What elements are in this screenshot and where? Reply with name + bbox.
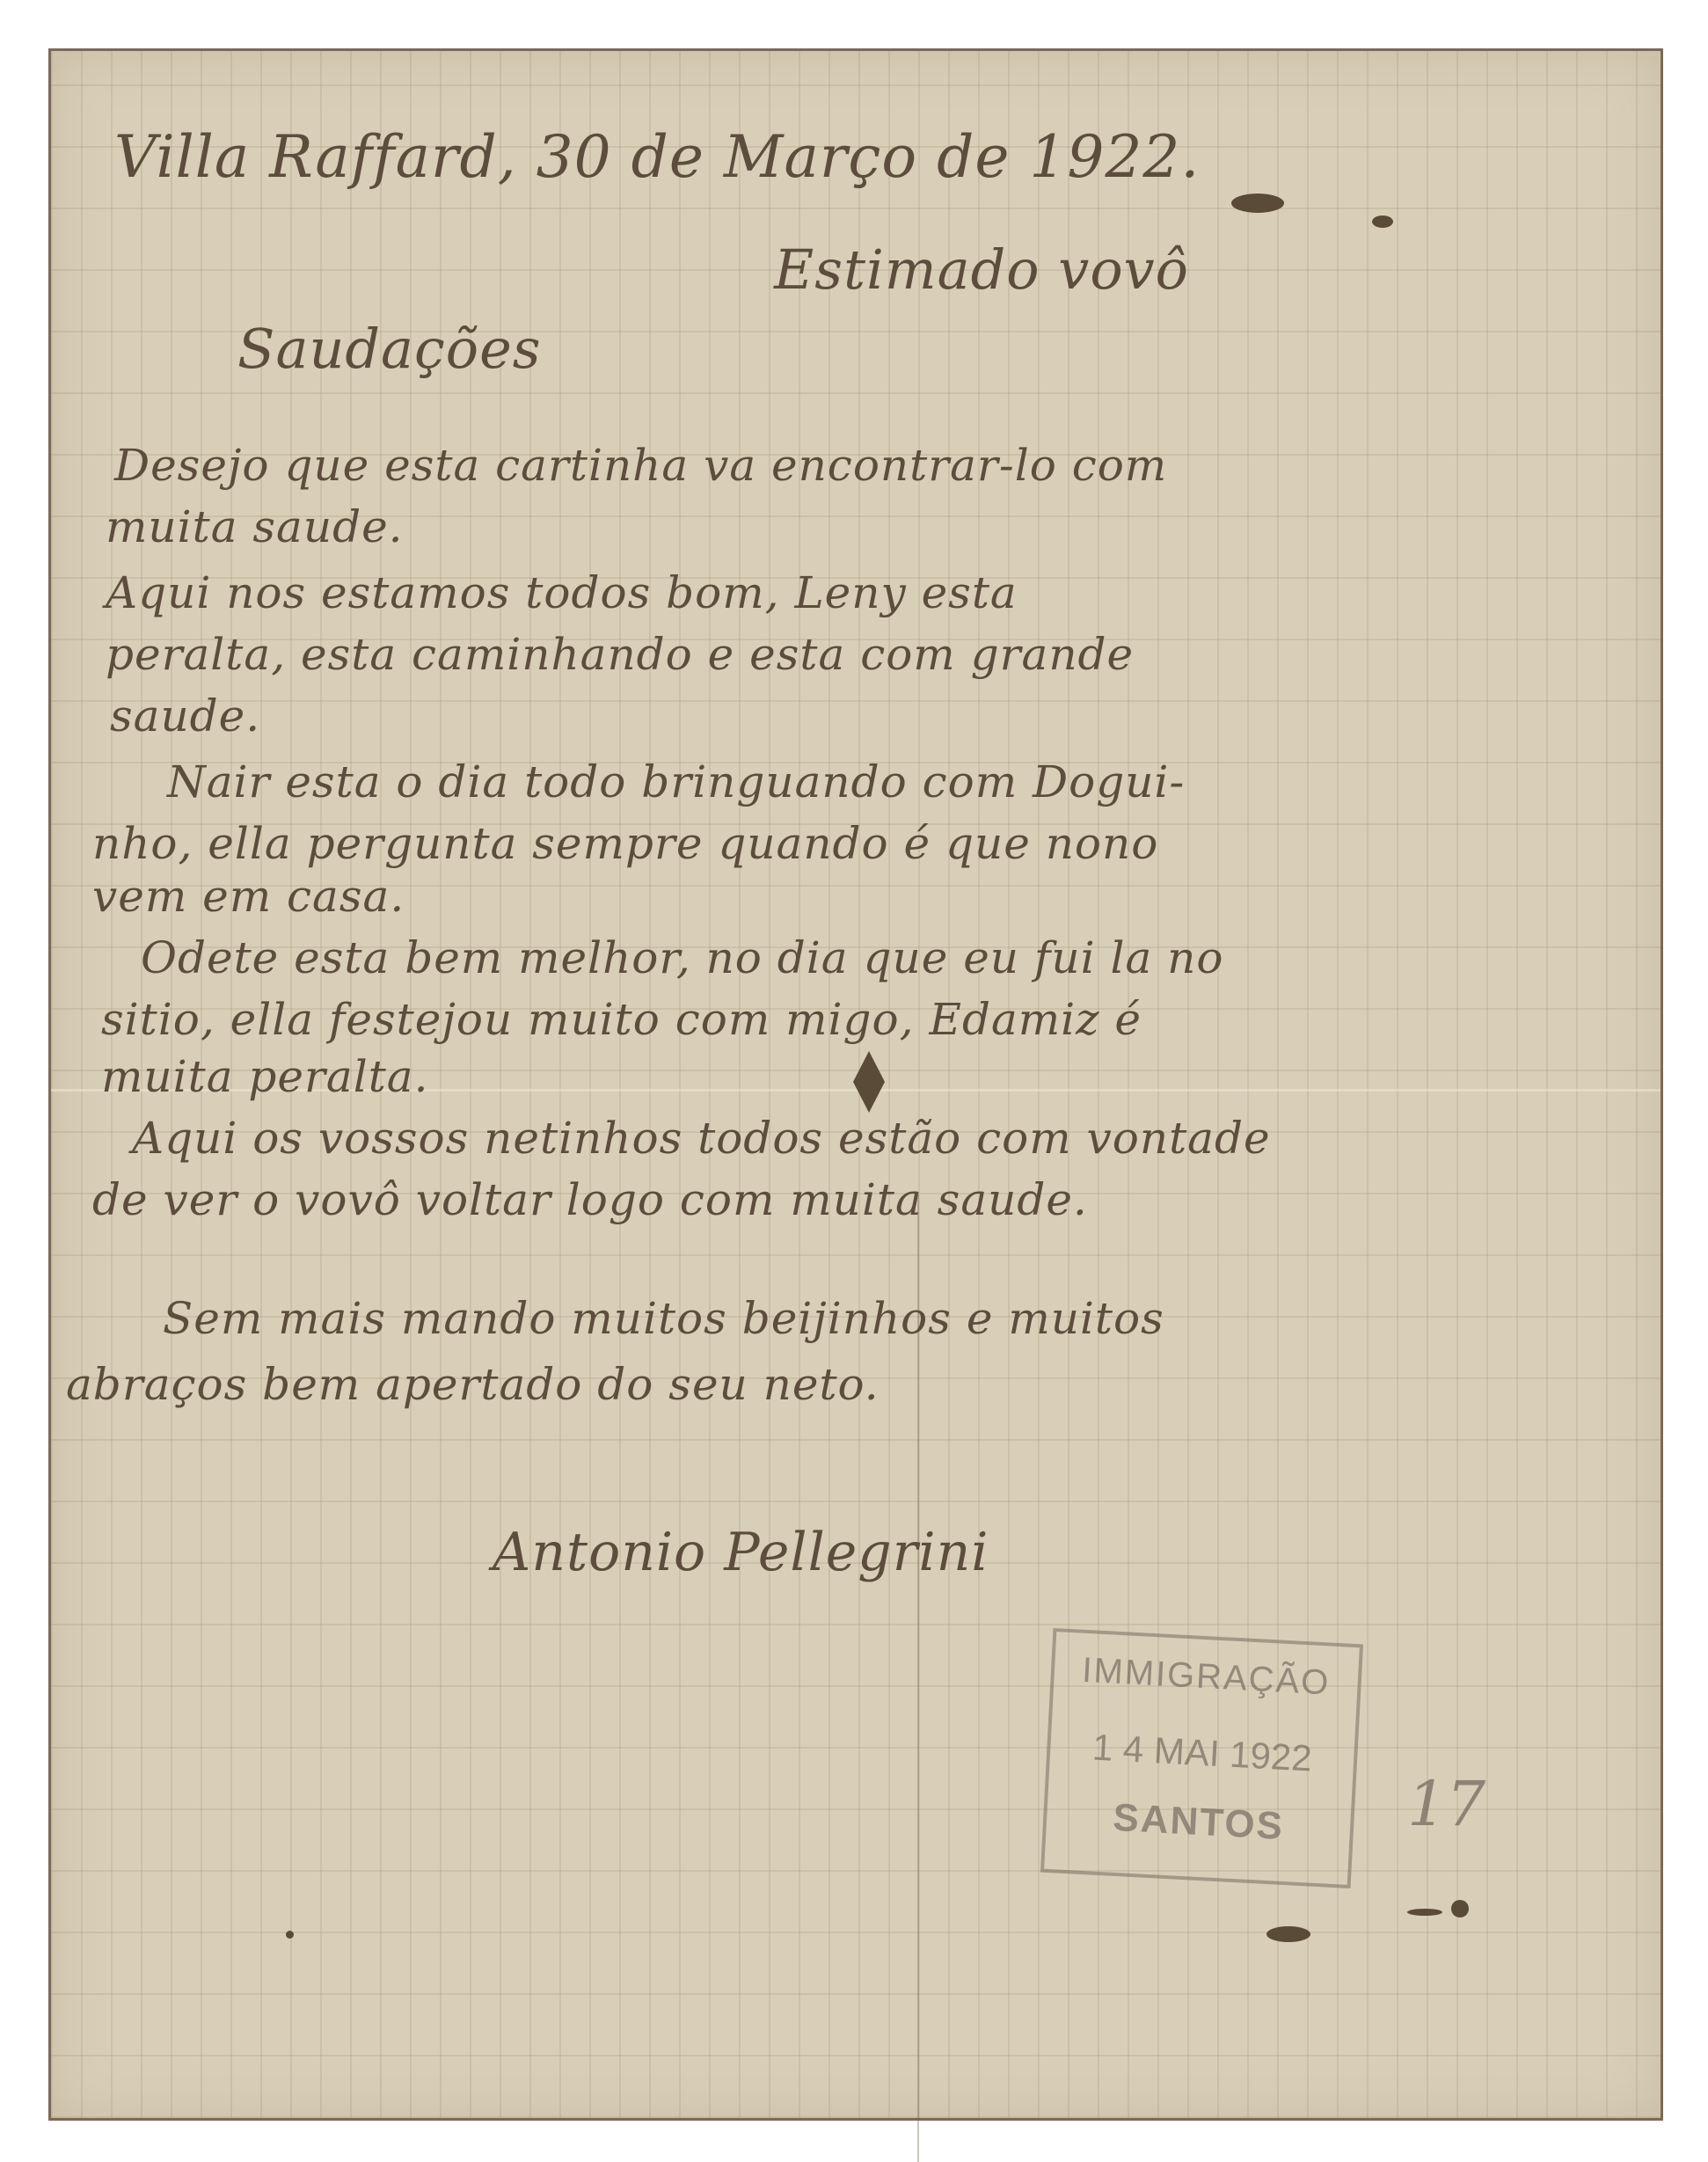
letter-line: de ver o vovô voltar logo com muita saud… [92,1174,1088,1225]
letter-line: peralta, esta caminhando e esta com gran… [106,629,1134,680]
letter-line: Aqui nos estamos todos bom, Leny esta [106,567,1018,618]
salutation: Estimado vovô [774,237,1189,302]
letter-line: sitio, ella festejou muito com migo, Eda… [101,994,1142,1045]
greeting: Saudações [237,317,542,381]
ink-blot [1451,1900,1469,1917]
ink-stroke [1407,1909,1442,1916]
ink-blot [1266,1926,1310,1942]
stamp-location: SANTOS [1046,1793,1351,1852]
letter-line: Nair esta o dia todo bringuando com Dogu… [167,756,1185,807]
letter-line: Desejo que esta cartinha va encontrar-lo… [114,440,1167,491]
ink-blot [1372,215,1393,228]
ink-dot [286,1931,294,1939]
letter-line: abraços bem apertado do seu neto. [66,1359,880,1410]
letter-line: nho, ella pergunta sempre quando é que n… [92,818,1158,869]
signature: Antonio Pellegrini [493,1522,989,1583]
immigration-stamp: IMMIGRAÇÃO 1 4 MAI 1922 SANTOS [1040,1628,1363,1888]
letter-line: saude. [110,690,260,741]
letter-line: Odete esta bem melhor, no dia que eu fui… [141,932,1223,983]
stamp-title: IMMIGRAÇÃO [1054,1649,1359,1705]
letter-line: Sem mais mando muitos beijinhos e muitos [163,1293,1164,1344]
letter-line: muita peralta. [101,1051,429,1102]
stamp-date: 1 4 MAI 1922 [1049,1724,1354,1782]
letter-line: vem em casa. [92,871,405,922]
letter-line: Aqui os vossos netinhos todos estão com … [132,1113,1271,1164]
place-date: Villa Raffard, 30 de Março de 1922. [114,123,1200,191]
letter-line: muita saude. [106,501,404,552]
margin-note: 17 [1407,1768,1485,1840]
ink-blot [1231,194,1284,213]
